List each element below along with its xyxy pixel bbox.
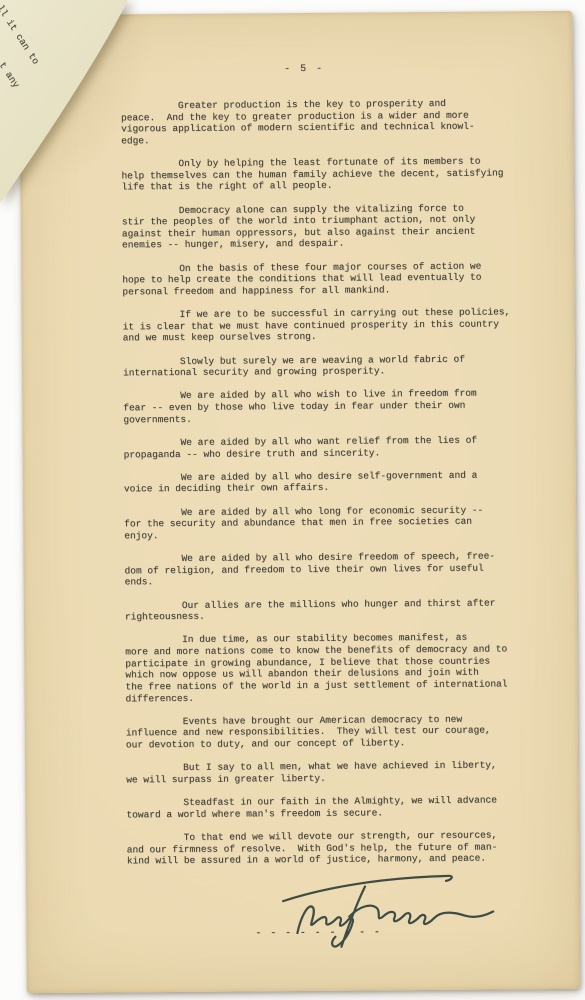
paragraph: We are aided by all who desire self-gove…: [124, 469, 544, 496]
signature-harry-truman: [253, 853, 514, 955]
folded-page-corner: [0, 0, 175, 235]
paragraph: Greater production is the key to prosper…: [121, 97, 541, 147]
paragraph: We are aided by all who want relief from…: [123, 434, 543, 461]
paragraph: Only by helping the least fortunate of i…: [121, 155, 541, 193]
paragraph: If we are to be successful in carrying o…: [122, 306, 542, 344]
scanned-document: - 5 - Greater production is the key to p…: [0, 0, 585, 1000]
paragraph: Our allies are the millions who hunger a…: [125, 597, 545, 624]
paragraph: We are aided by all who wish to live in …: [123, 388, 543, 426]
paragraph: Slowly but surely we are weaving a world…: [123, 353, 543, 380]
dashed-underline: - - - - - - - - -: [255, 927, 381, 939]
paragraph: Democracy alone can supply the vitalizin…: [122, 202, 542, 252]
paragraph: On the basis of these four major courses…: [122, 260, 542, 298]
paragraph: Steadfast in our faith in the Almighty, …: [126, 794, 546, 821]
paragraph: In due time, as our stability becomes ma…: [125, 631, 546, 704]
paragraph: We are aided by all who desire freedom o…: [124, 550, 544, 588]
document-body: Greater production is the key to prosper…: [121, 97, 547, 879]
paragraph: We are aided by all who long for economi…: [124, 504, 544, 542]
paragraph: But I say to all men, what we have achie…: [126, 759, 546, 786]
paragraph: Events have brought our American democra…: [126, 713, 546, 751]
